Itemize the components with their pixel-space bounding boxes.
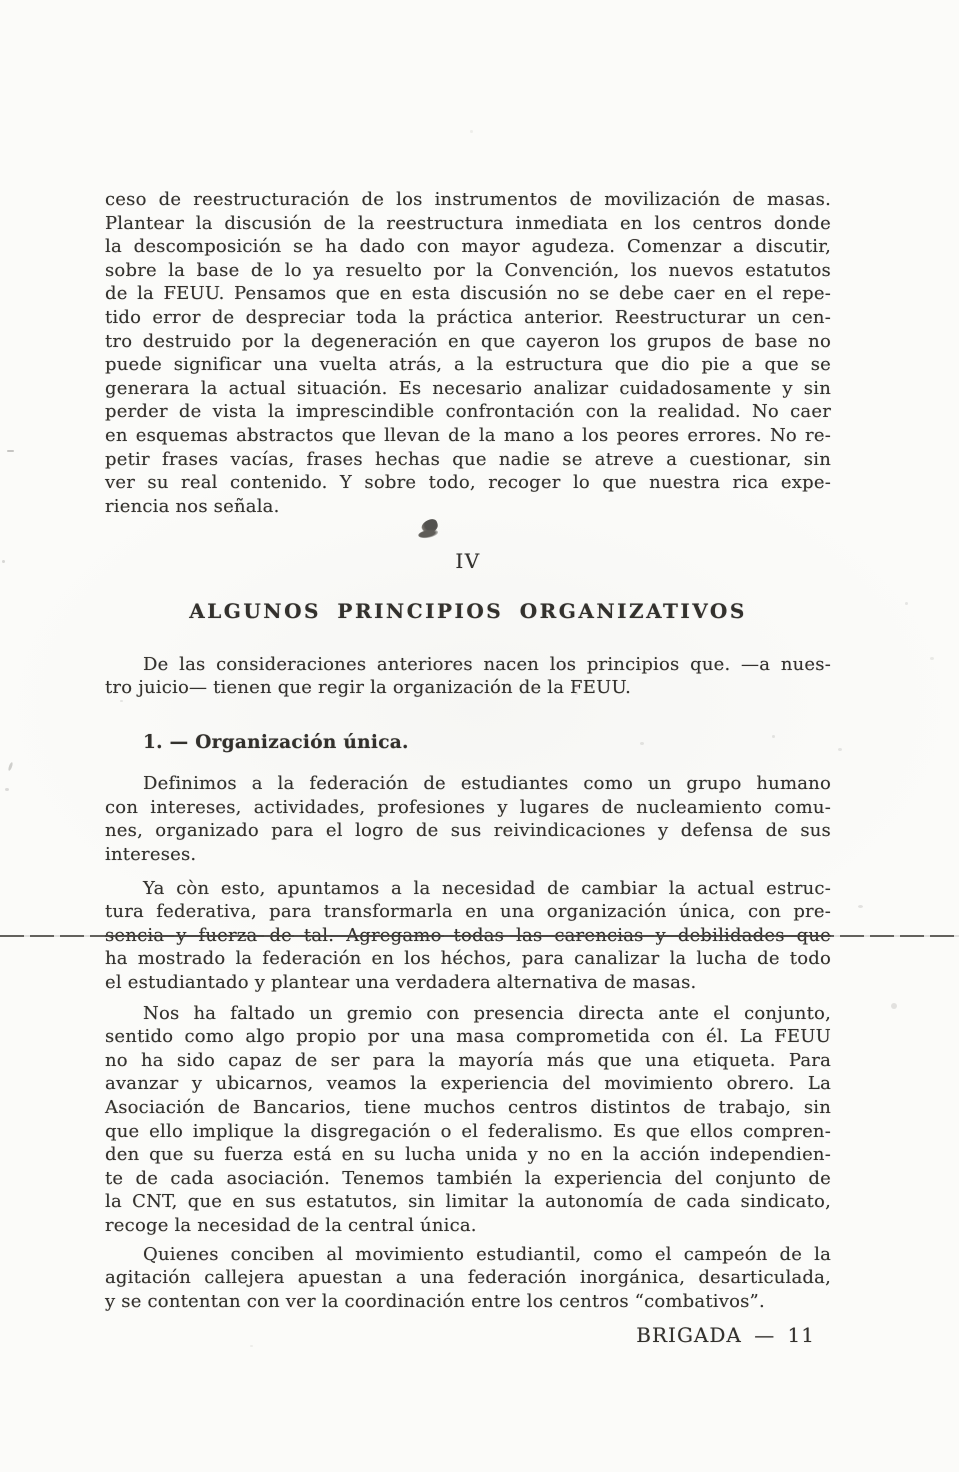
text-line: no ha sido capaz de ser para la mayoría …	[105, 1049, 831, 1073]
text-line: el estudiantado y plantear una verdadera…	[105, 971, 831, 995]
page-footer: BRIGADA — 11	[105, 1323, 831, 1347]
text-line: sobre la base de lo ya resuelto por la C…	[105, 259, 831, 283]
text-line: Ya còn esto, apuntamos a la necesidad de…	[105, 877, 831, 901]
scan-speck	[905, 602, 908, 605]
text-line: que ello implique la disgregación o el f…	[105, 1120, 831, 1144]
ink-smudge-icon	[419, 518, 439, 536]
text-line: y se contentan con ver la coordinación e…	[105, 1290, 831, 1314]
text-line: Nos ha faltado un gremio con presencia d…	[105, 1002, 831, 1026]
text-line: con intereses, actividades, profesiones …	[105, 796, 831, 820]
text-line: la CNT, que en sus estatutos, sin limita…	[105, 1190, 831, 1214]
chapter-number: IV	[105, 550, 831, 574]
text-column: ceso de reestructuración de los instrume…	[105, 188, 831, 1347]
text-line: Definimos a la federación de estudiantes…	[105, 772, 831, 796]
text-line: riencia nos señala.	[105, 495, 831, 519]
scan-speck	[5, 788, 9, 791]
structure-paragraph: Ya còn esto, apuntamos a la necesidad de…	[105, 877, 831, 995]
scan-speck	[858, 905, 863, 908]
text-line: generara la actual situación. Es necesar…	[105, 377, 831, 401]
text-line: Asociación de Bancarios, tiene muchos ce…	[105, 1096, 831, 1120]
scan-speck	[838, 748, 842, 751]
text-line: Plantear la discusión de la reestructura…	[105, 212, 831, 236]
scanned-document-page: ceso de reestructuración de los instrume…	[0, 0, 959, 1472]
gremio-paragraph: Nos ha faltado un gremio con presencia d…	[105, 1002, 831, 1238]
text-line: la descomposición se ha dado con mayor a…	[105, 235, 831, 259]
text-line: sencia y fuerza de tal. Agregamo todas l…	[105, 924, 831, 948]
scan-speck	[470, 130, 473, 133]
scan-speck	[2, 560, 5, 563]
text-line: en esquemas abstractos que llevan de la …	[105, 424, 831, 448]
text-line: nes, organizado para el logro de sus rei…	[105, 819, 831, 843]
text-line: den que su fuerza está en su lucha unida…	[105, 1143, 831, 1167]
text-line: ha mostrado la federación en los héchos,…	[105, 947, 831, 971]
quienes-paragraph: Quienes conciben al movimiento estudiant…	[105, 1243, 831, 1314]
scan-speck	[891, 1003, 897, 1009]
text-line: tura federativa, para transformarla en u…	[105, 900, 831, 924]
text-line: perder de vista la imprescindible confro…	[105, 400, 831, 424]
subsection-title: 1. — Organización única.	[105, 731, 831, 755]
text-line: recoge la necesidad de la central única.	[105, 1214, 831, 1238]
text-line: agitación callejera apuestan a una feder…	[105, 1266, 831, 1290]
scan-speck	[8, 762, 14, 771]
text-line: ver su real contenido. Y sobre todo, rec…	[105, 471, 831, 495]
paragraph-continuation: ceso de reestructuración de los instrume…	[105, 188, 831, 518]
text-line: tido error de despreciar toda la práctic…	[105, 306, 831, 330]
text-line: avanzar y ubicarnos, veamos la experienc…	[105, 1072, 831, 1096]
text-line: te de cada asociación. Tenemos también l…	[105, 1167, 831, 1191]
text-line: sentido como algo propio por una masa co…	[105, 1025, 831, 1049]
text-line: puede significar una vuelta atrás, a la …	[105, 353, 831, 377]
text-line: Quienes conciben al movimiento estudiant…	[105, 1243, 831, 1267]
text-line: petir frases vacías, frases hechas que n…	[105, 448, 831, 472]
text-line: de la FEUU. Pensamos que en esta discusi…	[105, 282, 831, 306]
ornament-row	[105, 518, 831, 548]
intro-paragraph: De las consideraciones anteriores nacen …	[105, 653, 831, 700]
text-line: tro juicio— tienen que regir la organiza…	[105, 676, 831, 700]
text-line: intereses.	[105, 843, 831, 867]
scan-speck	[7, 450, 14, 452]
scan-speck	[930, 657, 934, 660]
text-line: De las consideraciones anteriores nacen …	[105, 653, 831, 677]
text-line: ceso de reestructuración de los instrume…	[105, 188, 831, 212]
text-line: tro destruido por la degeneración en que…	[105, 330, 831, 354]
definition-paragraph: Definimos a la federación de estudiantes…	[105, 772, 831, 866]
chapter-title: ALGUNOS PRINCIPIOS ORGANIZATIVOS	[105, 600, 831, 624]
